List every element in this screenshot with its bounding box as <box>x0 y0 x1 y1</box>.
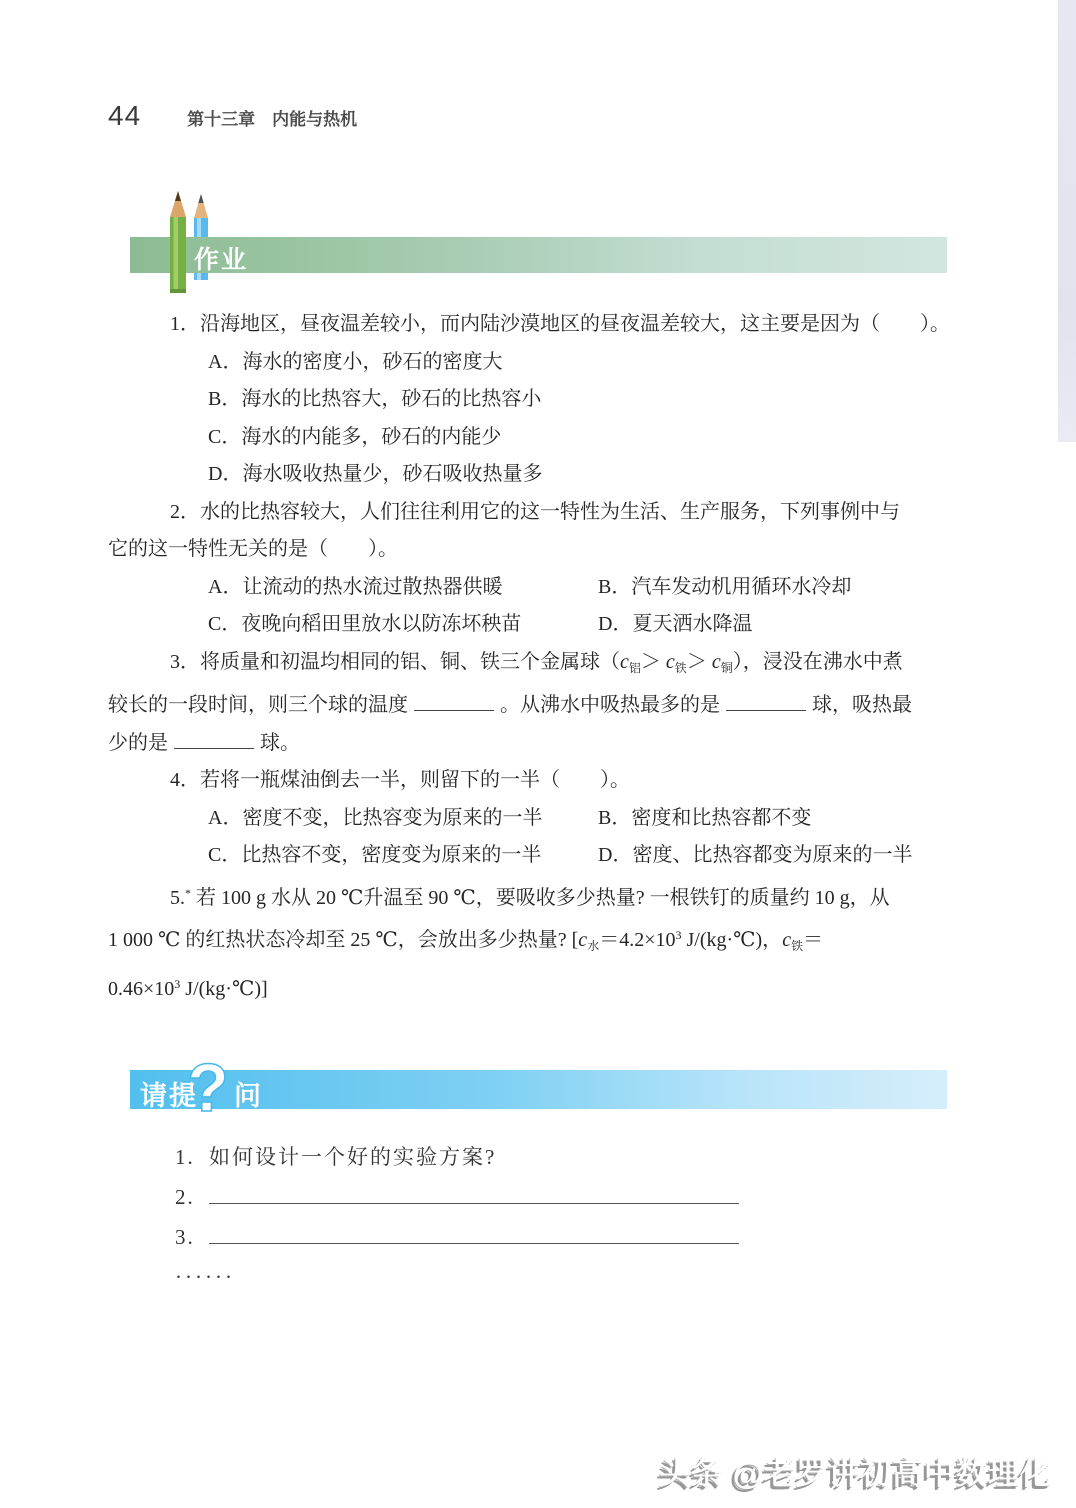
question-5-line-2: 1 000 ℃ 的红热状态冷却至 25 ℃，会放出多少热量? [c水＝4.2×1… <box>108 917 980 966</box>
ask-item-3: 3. <box>175 1217 980 1257</box>
question-1-option-b: B．海水的比热容大，砂石的比热容小 <box>108 381 980 419</box>
question-1: 1．沿海地区，昼夜温差较小，而内陆沙漠地区的昼夜温差较大，这主要是因为（ ）。 <box>108 306 980 344</box>
question-2-option-d: D．夏天洒水降温 <box>598 606 752 644</box>
question-3-line-2: 较长的一段时间，则三个球的温度。从沸水中吸热最多的是球，吸热最 <box>108 687 980 725</box>
question-2-option-b: B．汽车发动机用循环水冷却 <box>598 569 851 607</box>
question-5-line-3: 0.46×103 J/(kg·℃)] <box>108 966 980 1009</box>
ask-section-header: 请提 ? 问 <box>130 1070 947 1109</box>
question-4-option-c: C．比热容不变，密度变为原来的一半 <box>208 837 598 875</box>
ask-item-1-text: 如何设计一个好的实验方案? <box>209 1145 496 1169</box>
question-2-line-2: 它的这一特性无关的是（ ）。 <box>108 531 980 569</box>
question-4-option-d: D．密度、比热容都变为原来的一半 <box>598 837 912 875</box>
question-3-line-3: 少的是球。 <box>108 725 980 763</box>
ask-items-ellipsis: ······ <box>175 1257 980 1297</box>
homework-banner-label: 作业 <box>194 240 248 276</box>
question-4-options-row-2: C．比热容不变，密度变为原来的一半 D．密度、比热容都变为原来的一半 <box>108 837 980 875</box>
question-2-line-1: 2．水的比热容较大，人们往往利用它的这一特性为生活、生产服务，下列事例中与 <box>108 494 980 532</box>
fill-blank <box>209 1222 739 1244</box>
question-4-option-a: A．密度不变，比热容变为原来的一半 <box>208 800 598 838</box>
question-4-options-row-1: A．密度不变，比热容变为原来的一半 B．密度和比热容都不变 <box>108 800 980 838</box>
ask-item-1-number: 1. <box>175 1137 209 1177</box>
ask-item-2: 2. <box>175 1177 980 1217</box>
page-header: 44 第十三章 内能与热机 <box>108 100 357 132</box>
page-number: 44 <box>108 100 141 132</box>
question-3-line-1: 3．将质量和初温均相同的铝、铜、铁三个金属球（c铝＞ c铁＞ c铜），浸没在沸水… <box>108 644 980 688</box>
fill-blank <box>726 691 806 711</box>
page-edge-strip <box>1058 0 1076 442</box>
fill-blank <box>414 691 494 711</box>
ask-item-3-number: 3. <box>175 1217 209 1257</box>
question-1-option-d: D．海水吸收热量少，砂石吸收热量多 <box>108 456 980 494</box>
question-2-option-c: C．夜晚向稻田里放水以防冻坏秧苗 <box>208 606 598 644</box>
question-2-option-a: A．让流动的热水流过散热器供暖 <box>208 569 598 607</box>
ask-items: 1.如何设计一个好的实验方案? 2. 3. ······ <box>175 1137 980 1297</box>
question-2-options-row-1: A．让流动的热水流过散热器供暖 B．汽车发动机用循环水冷却 <box>108 569 980 607</box>
question-1-option-c: C．海水的内能多，砂石的内能少 <box>108 419 980 457</box>
question-4-option-b: B．密度和比热容都不变 <box>598 800 811 838</box>
question-2-options-row-2: C．夜晚向稻田里放水以防冻坏秧苗 D．夏天洒水降温 <box>108 606 980 644</box>
question-1-option-a: A．海水的密度小，砂石的密度大 <box>108 344 980 382</box>
ask-item-2-number: 2. <box>175 1177 209 1217</box>
homework-section-header: 作业 <box>130 237 947 273</box>
fill-blank <box>209 1182 739 1204</box>
textbook-page: 44 第十三章 内能与热机 作业 1．沿海地区，昼夜温差较小，而内陆沙漠地区的昼… <box>0 0 1076 1508</box>
question-mark-icon: ? <box>186 1053 230 1129</box>
ask-item-1: 1.如何设计一个好的实验方案? <box>175 1137 980 1177</box>
question-5-line-1: 5.* 若 100 g 水从 20 ℃升温至 90 ℃，要吸收多少热量? 一根铁… <box>108 875 980 918</box>
fill-blank <box>174 729 254 749</box>
chapter-title: 第十三章 内能与热机 <box>187 105 357 130</box>
svg-text:?: ? <box>187 1053 229 1126</box>
homework-banner <box>130 237 947 273</box>
pencil-green-icon <box>167 191 189 293</box>
homework-questions: 1．沿海地区，昼夜温差较小，而内陆沙漠地区的昼夜温差较大，这主要是因为（ ）。 … <box>108 306 980 1008</box>
watermark: 头条 @老罗讲初高中数理化 <box>659 1448 1052 1493</box>
ask-banner-label-right: 问 <box>234 1074 263 1113</box>
question-4: 4．若将一瓶煤油倒去一半，则留下的一半（ ）。 <box>108 762 980 800</box>
